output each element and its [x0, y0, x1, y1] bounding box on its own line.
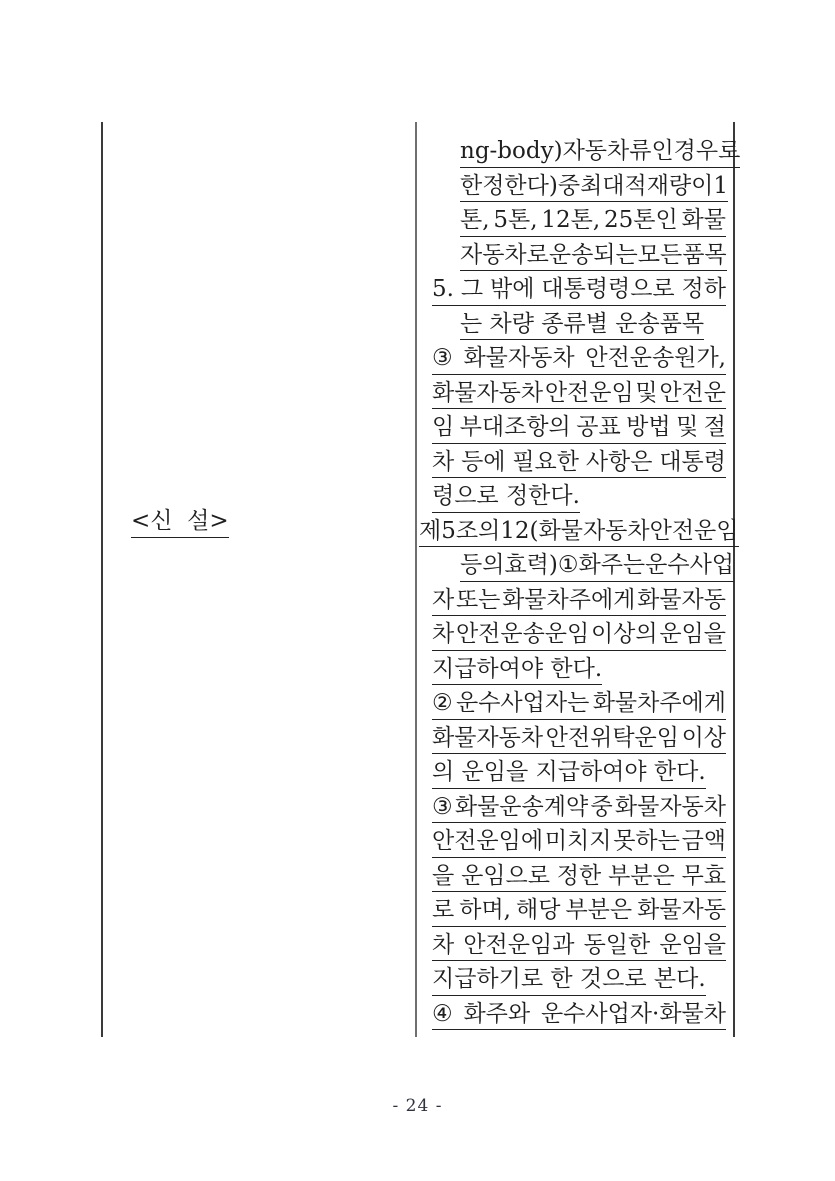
provision-line-text: ③화물자동차안전운송원가, [432, 346, 726, 374]
provision-line-text: 차안전운임과동일한운임을 [432, 933, 726, 961]
provision-word: 또는 [456, 588, 500, 612]
provision-word: 운수사업 [645, 553, 734, 577]
provision-word: 운임으로 [461, 864, 550, 888]
provision-word: 무효 [682, 864, 726, 888]
provision-line: 화물자동차안전위탁운임이상 [417, 720, 726, 755]
provision-word: 중 [590, 795, 612, 819]
provision-line-text: ng-body)자동차류인경우로 [460, 139, 740, 167]
provision-line: 는 차량 종류별 운송품목 [417, 306, 726, 341]
provision-line-text: 5.그밖에대통령령으로정하 [432, 277, 726, 305]
provision-line: 령으로 정한다. [417, 478, 726, 513]
provision-line: 임부대조항의공표방법및절 [417, 409, 726, 444]
provision-line: 자동차로운송되는모든품목 [417, 237, 726, 272]
provision-word: 밖에 [490, 277, 534, 301]
provision-line-text: 지급하기로 한 것으로 본다. [432, 967, 706, 995]
provision-word: 안전운 [659, 381, 726, 405]
provision-word: 안전운임에 [432, 829, 543, 853]
provision-line: 톤,5톤,12톤,25톤인화물 [417, 202, 726, 237]
provision-line-text: 화물자동차안전운임및안전운 [432, 381, 726, 409]
provision-word: 화주와 [463, 1002, 530, 1026]
provision-word: 안전운임 [545, 381, 634, 405]
provision-word: 운수사업자는 [456, 691, 589, 715]
provision-line: 등의효력)①화주는운수사업 [417, 547, 726, 582]
provision-word: 미치지 [545, 829, 612, 853]
provision-line: ④화주와운수사업자·화물차 [417, 996, 726, 1031]
provision-line: 안전운임에미치지못하는금액 [417, 823, 726, 858]
provision-line: 차안전운송운임이상의운임을 [417, 616, 726, 651]
provision-line-text: 차안전운송운임이상의운임을 [432, 622, 726, 650]
provision-word: 품목 [682, 243, 726, 267]
provision-line: 화물자동차안전운임및안전운 [417, 375, 726, 410]
provision-line-text: ④화주와운수사업자·화물차 [432, 1002, 726, 1030]
provision-line-text: 한정한다)중최대적재량이1 [460, 174, 728, 202]
provision-word: 효력) [504, 553, 557, 577]
provision-word: 화물 [682, 208, 726, 232]
provision-word: 이상의 [591, 622, 658, 646]
provision-word: ② [432, 691, 453, 715]
provision-word: 대통령 [659, 450, 726, 474]
provision-word: 방법 [626, 415, 670, 439]
provision-line: ③화물운송계약중화물자동차 [417, 789, 726, 824]
provision-word: 정하 [682, 277, 726, 301]
provision-line-text: 을운임으로정한부분은무효 [432, 864, 726, 892]
provision-word: 이상 [682, 726, 726, 750]
provision-word: 한정한다) [460, 174, 558, 198]
provision-word: 화물자동차 [615, 795, 726, 819]
provision-word: 안전운송원가, [585, 346, 726, 370]
provision-line: 을운임으로정한부분은무효 [417, 858, 726, 893]
provision-word: 및 [635, 381, 657, 405]
provision-line: 한정한다)중최대적재량이1 [417, 168, 726, 203]
provision-line-text: 자동차로운송되는모든품목 [460, 243, 727, 271]
provision-line-text: 등의효력)①화주는운수사업 [460, 553, 734, 581]
provision-line-text: 차등에필요한사항은대통령 [432, 450, 726, 478]
provision-line-text: 의 운임을 지급하여야 한다. [432, 760, 706, 788]
provision-word: 절 [704, 415, 726, 439]
provision-word: 못하는 [613, 829, 680, 853]
provision-word: 안전위탁운임 [546, 726, 679, 750]
provision-word: 운임을 [659, 933, 726, 957]
provision-word: 을 [432, 864, 454, 888]
provision-word: 경우로 [674, 139, 741, 163]
provision-word: 운송되는 [549, 243, 638, 267]
provision-word: 해당 [516, 898, 560, 922]
provision-word: 화물자동차 [432, 381, 543, 405]
provision-line: 지급하기로 한 것으로 본다. [417, 961, 726, 996]
provision-word: 안전운송운임 [456, 622, 589, 646]
right-column-lines: ng-body)자동차류인경우로한정한다)중최대적재량이1톤,5톤,12톤,25… [417, 133, 726, 1030]
provision-word: 차 [432, 933, 454, 957]
provision-word: 최대적재량이 [580, 174, 713, 198]
provision-word: 부대조항의 [460, 415, 571, 439]
provision-line-text: 는 차량 종류별 운송품목 [460, 312, 704, 340]
provision-word: ④ [432, 1002, 453, 1026]
provision-word: 화물운송계약 [455, 795, 588, 819]
new-provision-label: <신 설> [131, 509, 229, 537]
provision-word: 화물차주에게 [502, 588, 635, 612]
provision-word: 화물자동차 [432, 726, 543, 750]
provision-word: 및 [676, 415, 698, 439]
provision-line-text: 지급하여야 한다. [432, 657, 602, 685]
provision-word: 동일한 [584, 933, 651, 957]
provision-word: 필요한 [512, 450, 579, 474]
provision-word: 차 [432, 622, 454, 646]
provision-word: ③ [432, 795, 453, 819]
provision-word: 톤, [460, 208, 490, 232]
provision-word: 대통령령으로 [541, 277, 674, 301]
provision-word: 1 [713, 174, 728, 198]
provision-word: 자동차로 [460, 243, 549, 267]
provision-line-text: ②운수사업자는화물차주에게 [432, 691, 726, 719]
provision-line-text: 자또는화물차주에게화물자동 [432, 588, 726, 616]
page-number: - 24 - [0, 1096, 835, 1116]
current-law-column: <신 설> [101, 122, 417, 1037]
provision-line: ③화물자동차안전운송원가, [417, 340, 726, 375]
provision-word: 12톤, [541, 208, 600, 232]
provision-word: 5톤, [493, 208, 537, 232]
provision-word: 5. [432, 277, 454, 301]
provision-line: 로하며,해당부분은화물자동 [417, 892, 726, 927]
provision-word: 안전운임과 [463, 933, 574, 957]
provision-word: 안전운임 [650, 519, 739, 543]
new-provision-row: <신 설> [131, 503, 229, 538]
provision-line-text: 화물자동차안전위탁운임이상 [432, 726, 726, 754]
provision-word: 금액 [682, 829, 726, 853]
provision-line-text: 임부대조항의공표방법및절 [432, 415, 726, 443]
provision-word: 중 [558, 174, 580, 198]
provision-line-text: ③화물운송계약중화물자동차 [432, 795, 726, 823]
provision-word: ① [558, 553, 579, 577]
provision-word: 그 [461, 277, 483, 301]
provision-word: 모든 [638, 243, 682, 267]
provision-word: ③ [432, 346, 453, 370]
provision-word: 사항은 [586, 450, 653, 474]
provision-word: 25톤인 [604, 208, 678, 232]
provision-line: 차등에필요한사항은대통령 [417, 444, 726, 479]
provision-word: 자 [432, 588, 454, 612]
provision-word: 화물자동 [637, 588, 726, 612]
provision-word: 부분은 [565, 898, 632, 922]
provision-line-text: 안전운임에미치지못하는금액 [432, 829, 726, 857]
provision-word: 로 [432, 898, 454, 922]
provision-word: 화물자동차 [463, 346, 574, 370]
provision-word: 운수사업자·화물차 [541, 1002, 726, 1026]
amendment-column: ng-body)자동차류인경우로한정한다)중최대적재량이1톤,5톤,12톤,25… [417, 122, 735, 1037]
provision-line: ng-body)자동차류인경우로 [417, 133, 726, 168]
provision-word: 화물자동 [637, 898, 726, 922]
provision-word: 운임을 [659, 622, 726, 646]
provision-word: 정한 [557, 864, 601, 888]
provision-line: 의 운임을 지급하여야 한다. [417, 754, 726, 789]
provision-line: 차안전운임과동일한운임을 [417, 927, 726, 962]
provision-line: 제5조의12(화물자동차안전운임 [417, 513, 726, 548]
provision-line: 자또는화물차주에게화물자동 [417, 582, 726, 617]
provision-line-text: 톤,5톤,12톤,25톤인화물 [460, 208, 726, 236]
provision-word: 차 [432, 450, 454, 474]
provision-word: ng-body)자동차류인 [460, 139, 674, 163]
provision-word: 등의 [460, 553, 504, 577]
provision-word: 화물차주에게 [593, 691, 726, 715]
provision-word: 공표 [576, 415, 620, 439]
provision-word: 제5조의12(화물자동차 [419, 519, 650, 543]
provision-word: 임 [432, 415, 454, 439]
provision-line: ②운수사업자는화물차주에게 [417, 685, 726, 720]
provision-line: 지급하여야 한다. [417, 651, 726, 686]
provision-word: 하며, [459, 898, 511, 922]
provision-word: 등에 [461, 450, 505, 474]
law-comparison-table: <신 설> ng-body)자동차류인경우로한정한다)중최대적재량이1톤,5톤,… [101, 122, 735, 1037]
provision-word: 부분은 [608, 864, 675, 888]
provision-word: 화주는 [578, 553, 645, 577]
provision-line: 5.그밖에대통령령으로정하 [417, 271, 726, 306]
document-page: <신 설> ng-body)자동차류인경우로한정한다)중최대적재량이1톤,5톤,… [0, 0, 835, 1181]
provision-line-text: 제5조의12(화물자동차안전운임 [419, 519, 739, 547]
provision-line-text: 령으로 정한다. [432, 484, 580, 512]
provision-line-text: 로하며,해당부분은화물자동 [432, 898, 726, 926]
